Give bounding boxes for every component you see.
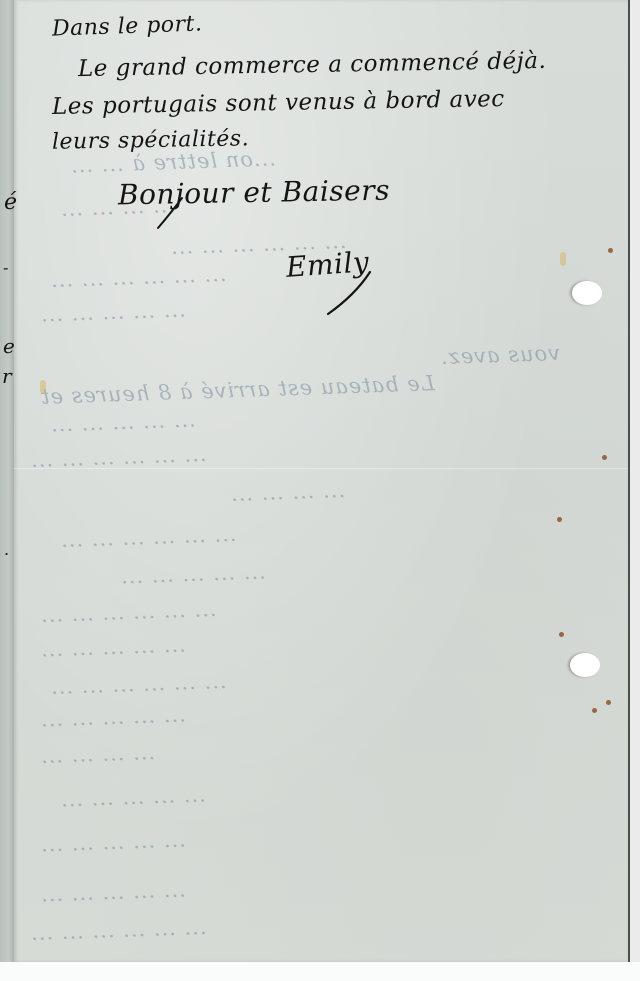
letter-line-1: Dans le port. xyxy=(52,11,203,41)
bleed-line: ... ... ... ... xyxy=(40,740,156,768)
yellow-stain xyxy=(40,380,46,394)
margin-mark: r xyxy=(2,364,12,388)
rust-stain xyxy=(557,517,562,522)
margin-mark: - xyxy=(3,258,8,277)
bleed-line: ... ... ... ... ... xyxy=(50,407,197,436)
punch-hole xyxy=(570,653,600,677)
punch-hole xyxy=(572,281,602,305)
margin-mark: é xyxy=(4,190,17,215)
rust-stain xyxy=(602,455,607,460)
left-paper-strip xyxy=(0,0,14,962)
rust-stain xyxy=(608,248,613,253)
signature-flourish xyxy=(300,270,400,320)
bleed-line: ... ... ... ... ... xyxy=(40,877,187,906)
bleed-line: ... ... ... ... ... xyxy=(40,827,187,856)
bleed-line: vous avez. xyxy=(440,341,561,369)
bleed-line: ... ... ... ... ... xyxy=(120,559,267,588)
rust-stain xyxy=(559,632,564,637)
margin-mark: . xyxy=(4,540,9,559)
bleed-line: ... ... ... ... xyxy=(230,478,346,506)
rust-stain xyxy=(606,700,611,705)
scan-bottom-margin xyxy=(0,962,640,981)
rust-stain xyxy=(592,708,597,713)
scanned-letter: ...on lettre à ... ... ... ... ... ... .… xyxy=(0,0,640,981)
bleed-line: ... ... ... ... ... xyxy=(60,782,207,811)
yellow-stain xyxy=(560,252,566,266)
bleed-line: ... ... ... ... ... xyxy=(40,297,187,326)
greeting-descender xyxy=(150,196,190,232)
bleed-line: ... ... ... ... ... xyxy=(40,632,187,661)
margin-mark: e xyxy=(3,334,15,358)
bleed-line: ... ... ... ... ... xyxy=(40,702,187,731)
letter-line-4: leurs spécialités. xyxy=(52,126,250,154)
scan-right-margin xyxy=(630,0,640,981)
